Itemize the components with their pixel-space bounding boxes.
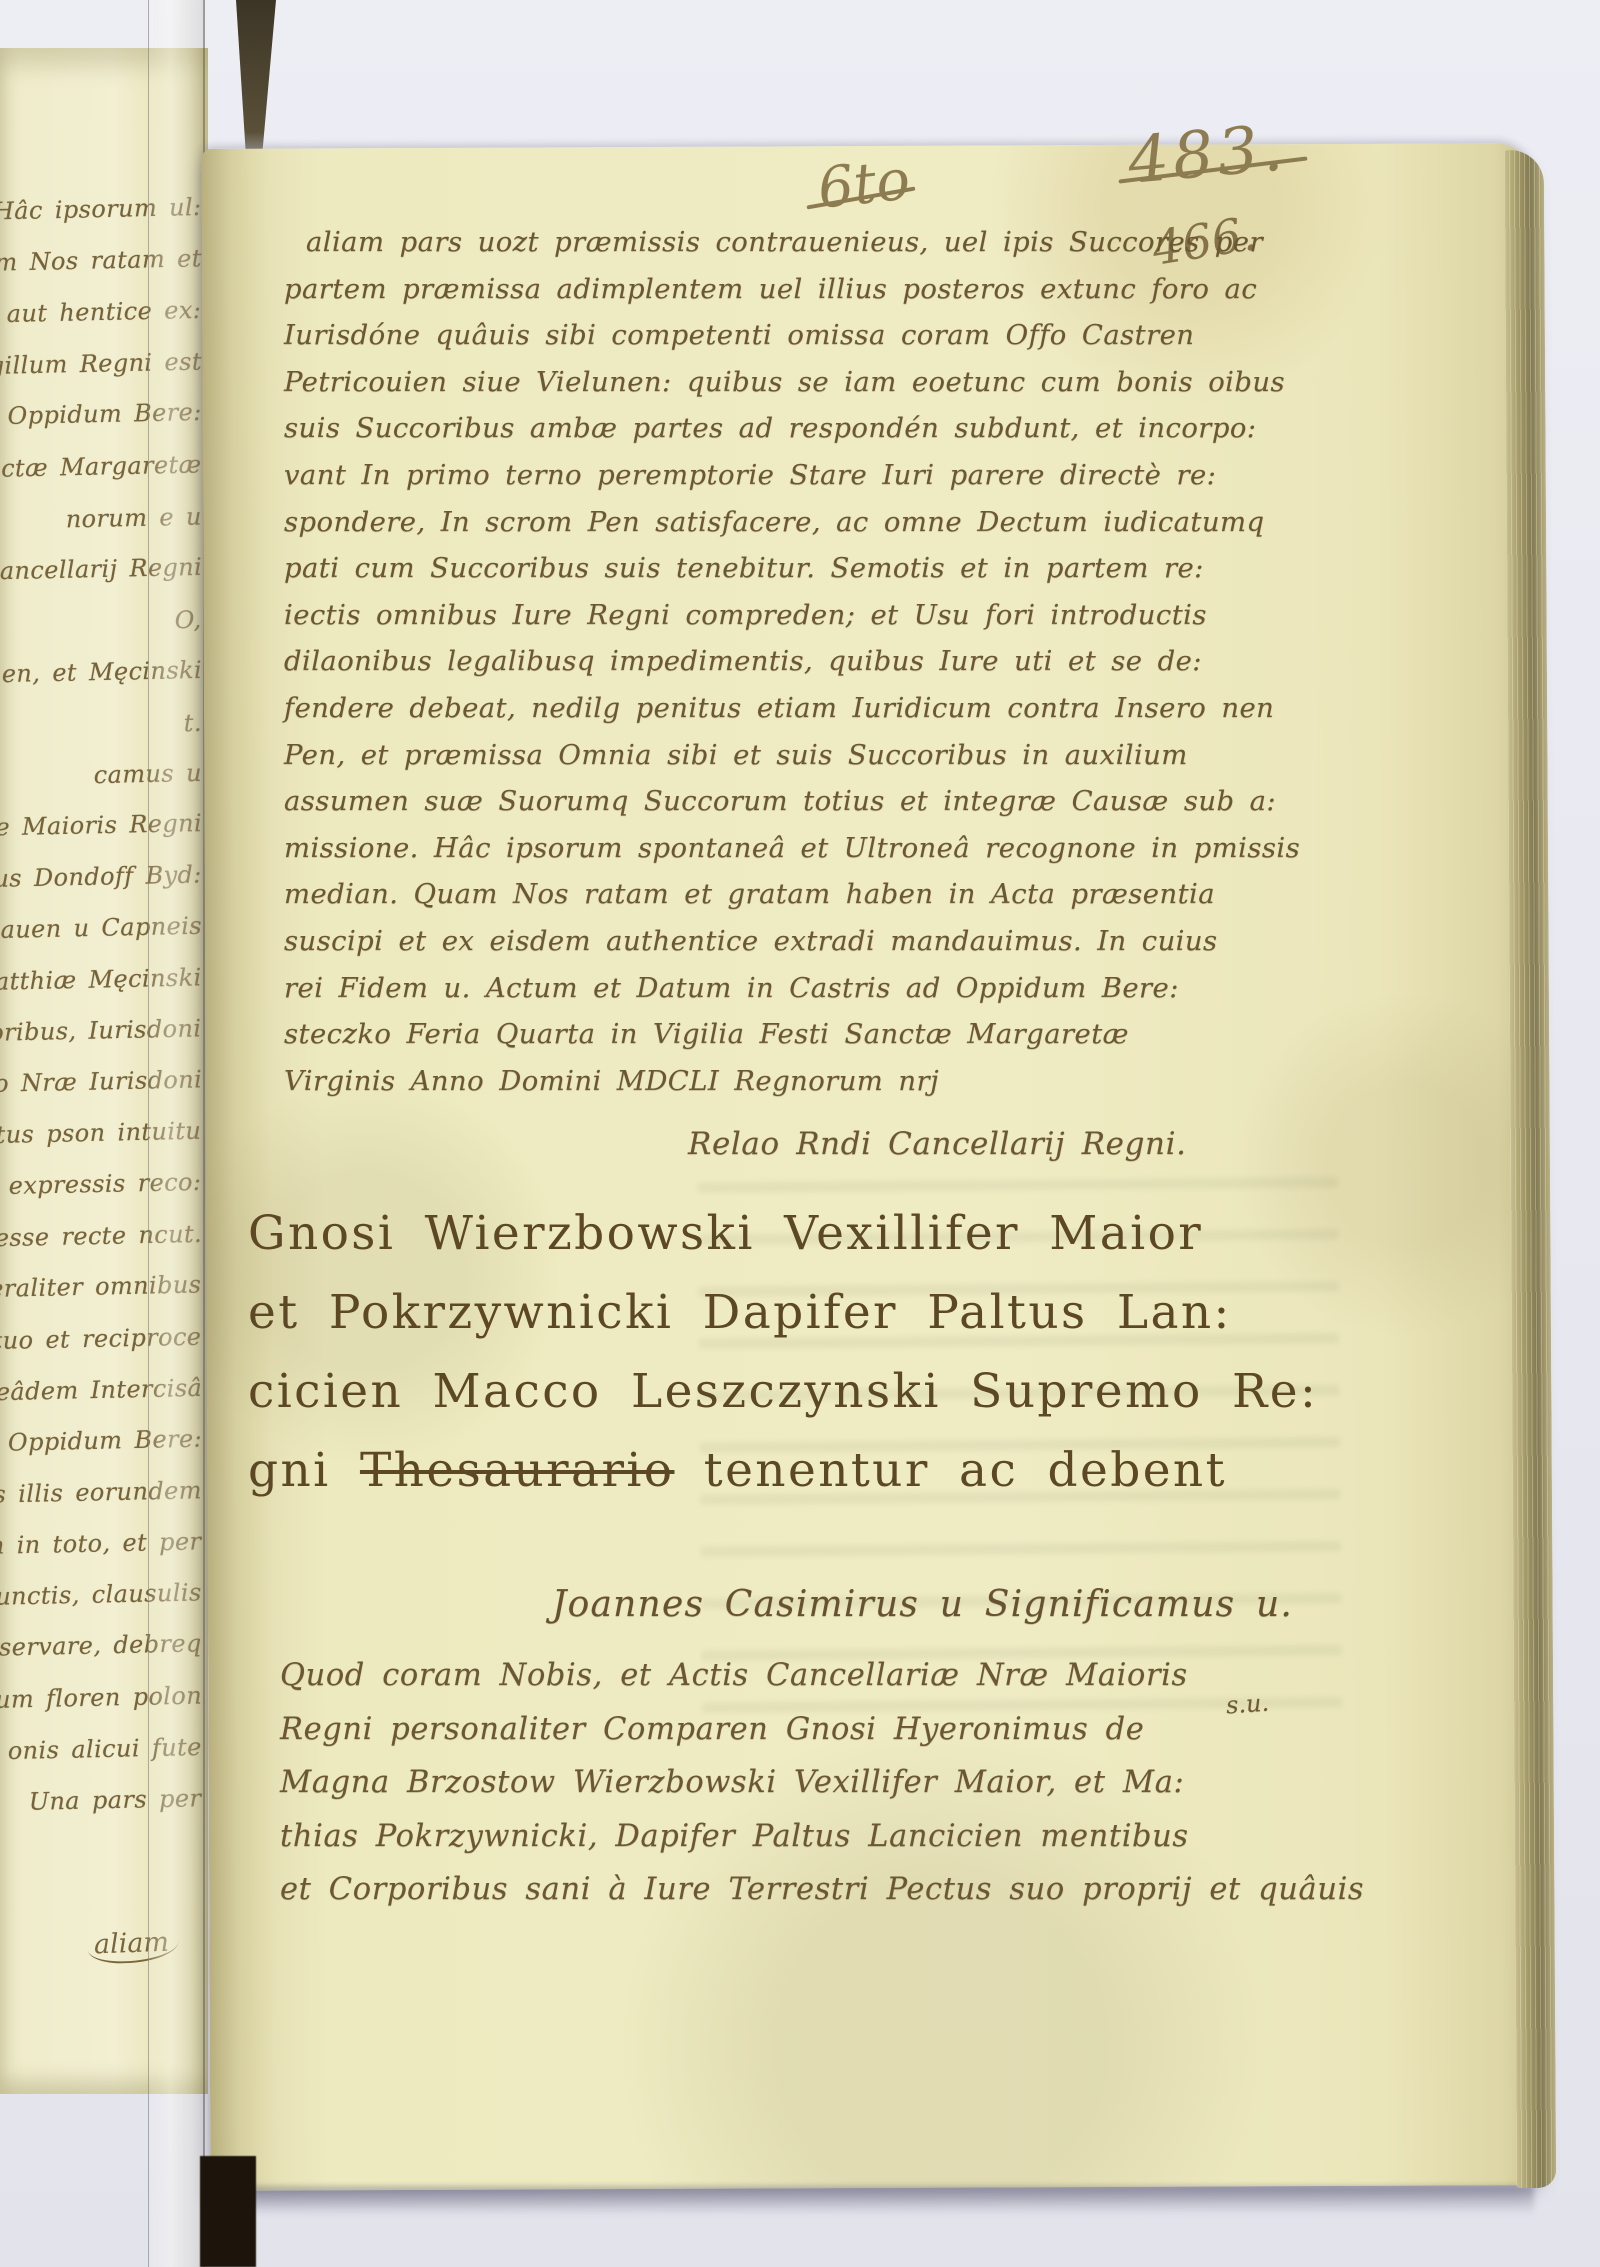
page-bottom-shadow bbox=[238, 2186, 1534, 2216]
binding-strap bbox=[200, 2156, 256, 2267]
manuscript-text-line: iectis omnibus Iure Regni compreden; et … bbox=[284, 599, 1514, 646]
manuscript-text-line: thias Pokrzywnicki, Dapifer Paltus Lanci… bbox=[280, 1819, 1520, 1873]
manuscript-text-line: partem præmissa adimplentem uel illius p… bbox=[284, 273, 1514, 320]
manuscript-text-line: Iurisdóne quâuis sibi competenti omissa … bbox=[284, 319, 1514, 366]
paragraph-1: aliam pars uozt præmissis contrauenieus,… bbox=[284, 226, 1514, 1111]
manuscript-text-line: aliam pars uozt præmissis contrauenieus,… bbox=[284, 226, 1514, 273]
heading-line-4-pre: gni bbox=[248, 1443, 360, 1498]
manuscript-text-line: suis Succoribus ambæ partes ad respondén… bbox=[284, 412, 1514, 459]
heading-line-4-post: tenentur ac debent bbox=[674, 1443, 1226, 1498]
manuscript-text-line: Petricouien siue Vielunen: quibus se iam… bbox=[284, 366, 1514, 413]
manuscript-scan: sione Hâc ipsorum ul:Quam Nos ratam etei… bbox=[0, 0, 1600, 2267]
manuscript-text-line: vant In primo terno peremptorie Stare Iu… bbox=[284, 459, 1514, 506]
heading-line-4: gni Thesaurario tenentur ac debent bbox=[248, 1443, 1227, 1498]
paragraph-2: Quod coram Nobis, et Actis Cancellariæ N… bbox=[280, 1658, 1520, 1926]
manuscript-text-line: et Corporibus sani à Iure Terrestri Pect… bbox=[280, 1872, 1520, 1926]
manuscript-text-line: suscipi et ex eisdem authentice extradi … bbox=[284, 925, 1514, 972]
glass-rod bbox=[148, 0, 205, 2267]
manuscript-text-line: steczko Feria Quarta in Vigilia Festi Sa… bbox=[284, 1018, 1514, 1065]
manuscript-text-line: rei Fidem u. Actum et Datum in Castris a… bbox=[284, 972, 1514, 1019]
manuscript-text-line: dilaonibus legalibusq impedimentis, quib… bbox=[284, 645, 1514, 692]
manuscript-text-line: Virginis Anno Domini MDCLI Regnorum nrj bbox=[284, 1065, 1514, 1112]
heading-line: et Pokrzywnicki Dapifer Paltus Lan: bbox=[248, 1285, 1548, 1364]
manuscript-text-line: fendere debeat, nedilg penitus etiam Iur… bbox=[284, 692, 1514, 739]
folio-number-crossed: 483. bbox=[1125, 111, 1289, 199]
royal-intitulatio: Joannes Casimirus u Significamus u. bbox=[552, 1584, 1293, 1625]
manuscript-text-line: Magna Brzostow Wierzbowski Vexillifer Ma… bbox=[280, 1765, 1520, 1819]
manuscript-text-line: assumen suæ Suorumq Succorum totius et i… bbox=[284, 785, 1514, 832]
manuscript-text-line: Pen, et præmissa Omnia sibi et suis Succ… bbox=[284, 739, 1514, 786]
manuscript-text-line: spondere, In scrom Pen satisfacere, ac o… bbox=[284, 506, 1514, 553]
heading-line: Gnosi Wierzbowski Vexillifer Maior bbox=[248, 1206, 1548, 1285]
manuscript-text-line: Regni personaliter Comparen Gnosi Hyeron… bbox=[280, 1712, 1520, 1766]
manuscript-text-line: median. Quam Nos ratam et gratam haben i… bbox=[284, 878, 1514, 925]
manuscript-text-line: pati cum Succoribus suis tenebitur. Semo… bbox=[284, 552, 1514, 599]
relatio-line: Relao Rndi Cancellarij Regni. bbox=[688, 1126, 1187, 1162]
folio-abbrev-crossed: 6to bbox=[815, 147, 913, 221]
heading-struck-word: Thesaurario bbox=[360, 1443, 675, 1498]
heading-line: cicien Macco Leszczynski Supremo Re: bbox=[248, 1364, 1548, 1443]
manuscript-text-line: Quod coram Nobis, et Actis Cancellariæ N… bbox=[280, 1658, 1520, 1712]
margin-note: s.u. bbox=[1225, 1689, 1270, 1720]
heading: Gnosi Wierzbowski Vexillifer Maioret Pok… bbox=[248, 1206, 1548, 1443]
manuscript-text-line: missione. Hâc ipsorum spontaneâ et Ultro… bbox=[284, 832, 1514, 879]
